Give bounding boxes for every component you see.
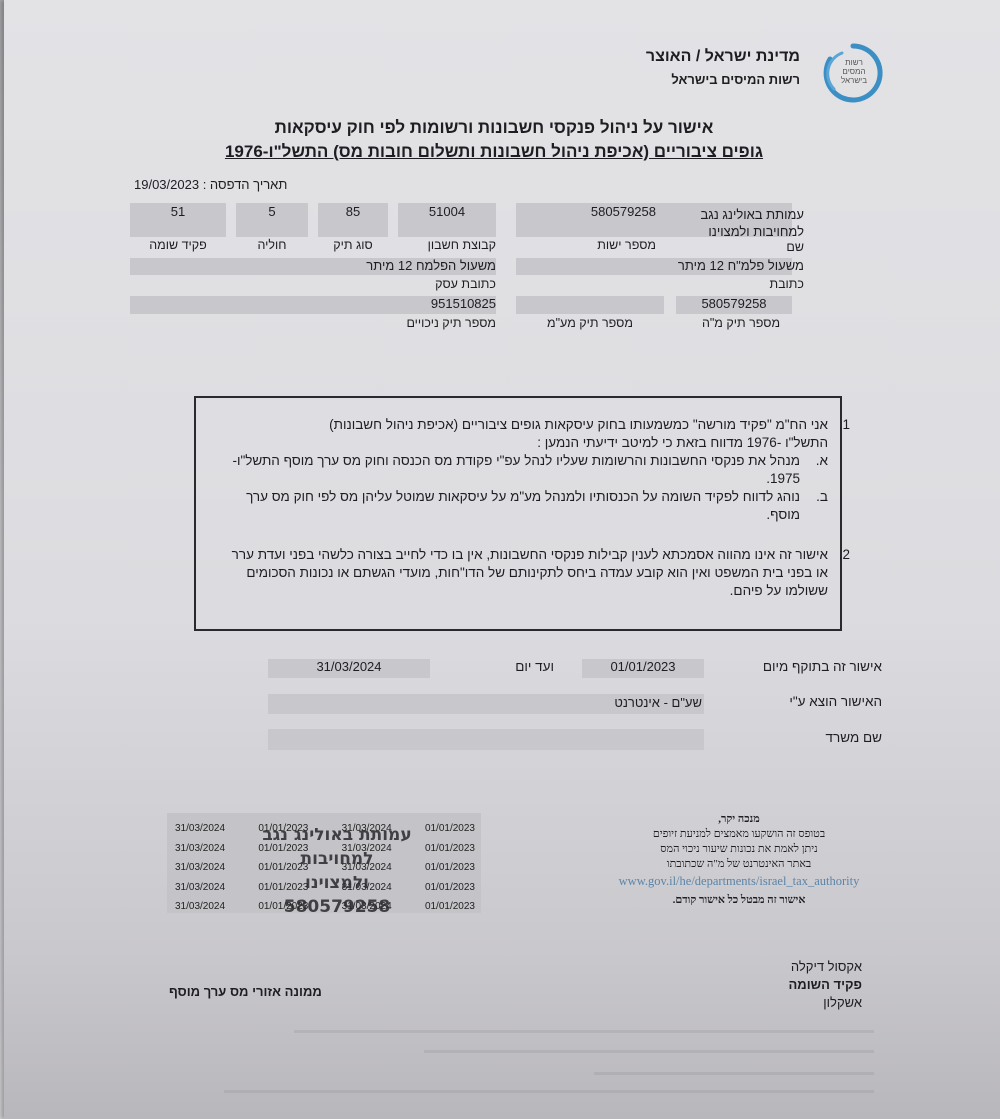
item-1-text-a: אני הח"מ "פקיד מורשה" כמשמעותו בחוק עיסק… <box>216 416 828 434</box>
address-label: כתובת <box>704 277 804 291</box>
logo-text: רשות המסים בישראל <box>834 58 874 85</box>
account-group-value: 51004 <box>398 204 496 219</box>
print-date: תאריך הדפסה : 19/03/2023 <box>134 177 287 192</box>
signature-title: פקיד השומה <box>789 976 862 994</box>
notice-line-1: בטופס זה הושקעו מאמצים למניעת זיופים <box>584 827 894 842</box>
business-address-value: משעול הפלמח 12 מיתר <box>204 258 496 273</box>
income-tax-file-value: 580579258 <box>676 296 792 311</box>
name-label: שם <box>704 240 804 254</box>
deductions-file-label: מספר תיק ניכויים <box>304 316 496 330</box>
notice-greeting: מנכה יקר, <box>584 812 894 827</box>
assessing-officer-value: 51 <box>130 204 226 219</box>
verification-notice: מנכה יקר, בטופס זה הושקעו מאמצים למניעת … <box>584 812 894 908</box>
notice-line-3: באתר האינטרנט של מ"ה שכתובתו <box>584 857 894 872</box>
item-1-text-b: התשל"ו -1976 מדווח בזאת כי למיטב ידיעתי … <box>216 434 828 452</box>
name-value: עמותת באולינג נגב למחויבות ולמצוינו <box>664 206 804 240</box>
declaration-box: 1. אני הח"מ "פקיד מורשה" כמשמעותו בחוק ע… <box>194 396 842 631</box>
show-through-line <box>294 1030 874 1033</box>
stamp-date: 31/03/2024 <box>175 897 225 917</box>
sub-b-letter: ב. <box>816 488 828 506</box>
holiya-value: 5 <box>236 204 308 219</box>
assessing-officer-signature: אקסול דיקלה פקיד השומה אשקלון <box>789 958 862 1012</box>
show-through-line <box>594 1072 874 1075</box>
vat-file-label: מספר תיק מע"מ <box>516 316 664 330</box>
item-2-number: 2. <box>839 546 850 564</box>
sub-a-letter: א. <box>816 452 828 470</box>
item-2-text: אישור זה אינו מהווה אסמכתא לענין קבילות … <box>216 546 828 600</box>
declaration-item-2: 2. אישור זה אינו מהווה אסמכתא לענין קביל… <box>216 546 828 600</box>
field-box-vat-file <box>516 296 664 314</box>
stamp-date: 31/03/2024 <box>175 819 225 839</box>
entity-number-label: מספר ישות <box>516 238 656 252</box>
valid-from-label: אישור זה בתוקף מיום <box>763 659 882 674</box>
assessing-officer-label: פקיד שומה <box>130 238 226 252</box>
valid-to-label: ועד יום <box>474 659 554 674</box>
stamp-date: 31/03/2024 <box>175 858 225 878</box>
org-line-1: מדינת ישראל / האוצר <box>646 48 800 66</box>
vat-supervisor-signature: ממונה אזורי מס ערך מוסף <box>169 984 322 999</box>
document-title-line-2: גופים ציבוריים (אכיפת ניהול חשבונות ותשל… <box>174 142 814 162</box>
holiya-label: חוליה <box>236 238 308 252</box>
address-value: משעול פלמ"ח 12 מיתר <box>644 258 804 273</box>
notice-cancel-note: אישור זה מבטל כל אישור קודם. <box>584 893 894 908</box>
stamp-date: 31/03/2024 <box>175 878 225 898</box>
sub-a-text: מנהל את פנקסי החשבונות והרשומות שעליו לנ… <box>232 453 800 486</box>
field-box-office-name <box>268 729 704 750</box>
show-through-line <box>224 1090 874 1093</box>
issued-by-value: שע"ם - אינטרנט <box>268 695 702 710</box>
deductions-file-value: 951510825 <box>304 296 496 311</box>
print-date-label: תאריך הדפסה : <box>203 177 288 192</box>
file-type-label: סוג תיק <box>318 238 388 252</box>
document-title-line-1: אישור על ניהול פנקסי חשבונות ורשומות לפי… <box>174 118 814 138</box>
document-page: רשות המסים בישראל מדינת ישראל / האוצר רש… <box>4 0 1000 1119</box>
signature-name: אקסול דיקלה <box>789 958 862 976</box>
item-1-number: 1. <box>839 416 850 434</box>
item-1-sub-a: א. מנהל את פנקסי החשבונות והרשומות שעליו… <box>216 452 828 488</box>
stamp-overlay-line-1: עמותת באולינג נגב למחויבות <box>227 823 447 871</box>
entity-number-value: 580579258 <box>516 204 656 219</box>
print-date-value: 19/03/2023 <box>134 177 199 192</box>
income-tax-file-label: מספר תיק מ"ה <box>676 316 806 330</box>
business-address-label: כתובת עסק <box>304 277 496 291</box>
tax-authority-link[interactable]: www.gov.il/he/departments/israel_tax_aut… <box>584 874 894 889</box>
file-type-value: 85 <box>318 204 388 219</box>
sub-b-text: נוהג לדווח לפקיד השומה על הכנסותיו ולמנה… <box>246 489 800 522</box>
item-1-sub-b: ב. נוהג לדווח לפקיד השומה על הכנסותיו ול… <box>216 488 828 524</box>
notice-line-2: ניתן לאמת את נכונות שיעור ניכוי המס <box>584 842 894 857</box>
issued-by-label: האישור הוצא ע"י <box>789 694 882 709</box>
stamp-overlay-line-2: ולמצוינו <box>227 871 447 895</box>
valid-to-value: 31/03/2024 <box>268 659 430 674</box>
signature-office: אשקלון <box>789 994 862 1012</box>
org-line-2: רשות המיסים בישראל <box>671 72 800 87</box>
office-name-label: שם משרד <box>826 730 882 745</box>
account-group-label: קבוצת חשבון <box>398 238 496 252</box>
stamp-date: 31/03/2024 <box>175 839 225 859</box>
stamp-overlay-line-3: 580579258 <box>227 895 447 919</box>
show-through-line <box>424 1050 874 1053</box>
declaration-item-1: 1. אני הח"מ "פקיד מורשה" כמשמעותו בחוק ע… <box>216 416 828 524</box>
valid-from-value: 01/01/2023 <box>582 659 704 674</box>
stamp-overlay: עמותת באולינג נגב למחויבות ולמצוינו 5805… <box>227 823 447 919</box>
security-stamp: 31/03/202401/01/202331/03/202401/01/2023… <box>167 813 481 913</box>
